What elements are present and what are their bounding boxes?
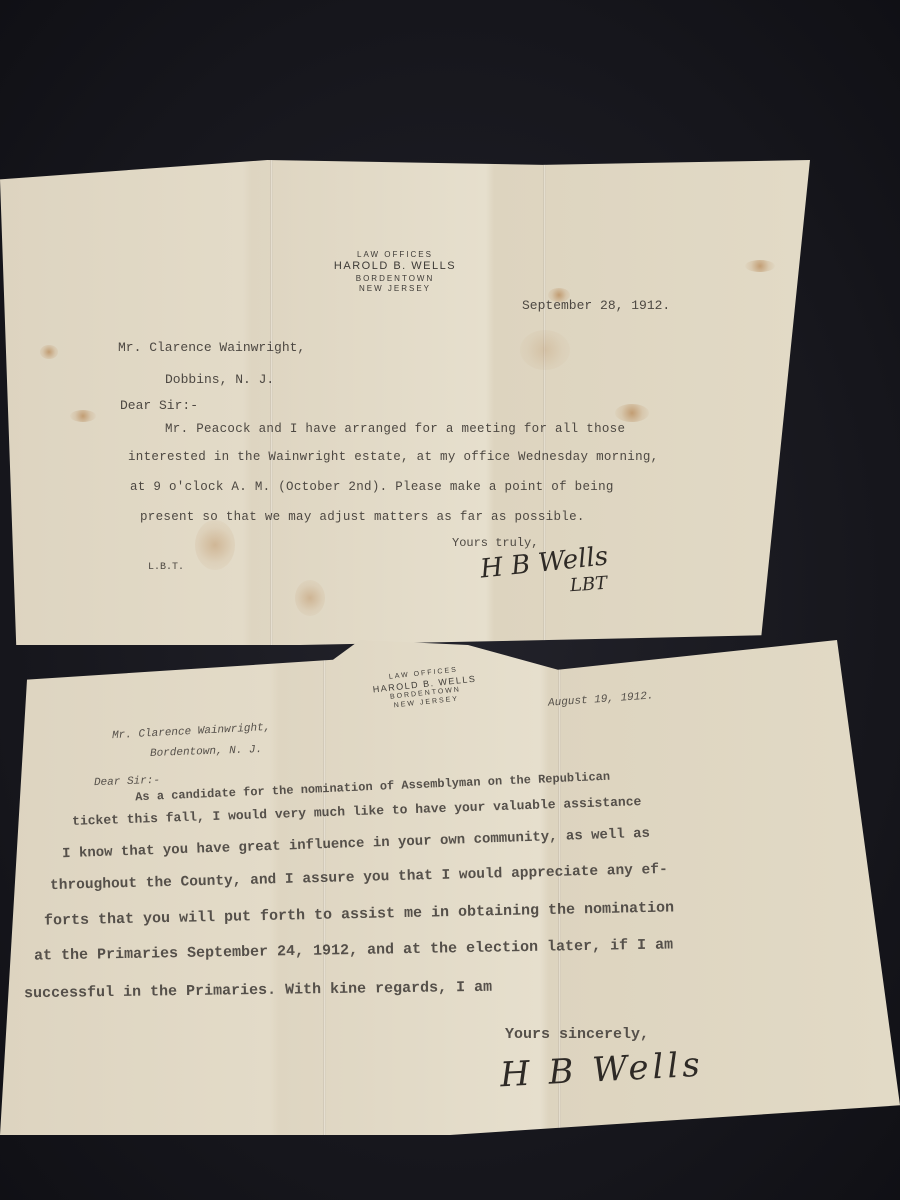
- body-line: forts that you will put forth to assist …: [44, 899, 674, 929]
- letter-date: September 28, 1912.: [522, 298, 670, 313]
- paper-fold: [270, 160, 273, 645]
- age-stain: [745, 260, 775, 272]
- body-line: successful in the Primaries. With kine r…: [24, 979, 492, 1003]
- paper-fold: [323, 640, 326, 1135]
- letterhead: LAW OFFICES HAROLD B. WELLS BORDENTOWN N…: [330, 250, 460, 294]
- letter-august: LAW OFFICES HAROLD B. WELLS BORDENTOWN N…: [0, 640, 900, 1135]
- recipient-name: Mr. Clarence Wainwright,: [112, 722, 271, 742]
- age-stain: [70, 410, 96, 422]
- letter-date: August 19, 1912.: [548, 690, 654, 709]
- letterhead: LAW OFFICES HAROLD B. WELLS BORDENTOWN N…: [363, 664, 486, 714]
- body-line: at the Primaries September 24, 1912, and…: [34, 936, 673, 964]
- letterhead-firm-name: HAROLD B. WELLS: [330, 260, 460, 274]
- closing: Yours truly,: [452, 536, 538, 550]
- body-line: at 9 o'clock A. M. (October 2nd). Please…: [130, 480, 614, 494]
- letter-september: LAW OFFICES HAROLD B. WELLS BORDENTOWN N…: [0, 160, 810, 645]
- recipient-address: Bordentown, N. J.: [150, 744, 263, 760]
- recipient-name: Mr. Clarence Wainwright,: [118, 340, 305, 355]
- letterhead-line: LAW OFFICES: [330, 250, 460, 260]
- body-line: I know that you have great influence in …: [62, 826, 650, 863]
- age-stain: [195, 520, 235, 570]
- body-line: throughout the County, and I assure you …: [50, 862, 668, 894]
- closing: Yours sincerely,: [505, 1026, 649, 1043]
- body-line: Mr. Peacock and I have arranged for a me…: [165, 422, 625, 436]
- age-stain: [520, 330, 570, 370]
- letterhead-line: BORDENTOWN: [330, 274, 460, 284]
- age-stain: [40, 345, 58, 359]
- signature-initials: LBT: [569, 573, 608, 597]
- photo-scene: LAW OFFICES HAROLD B. WELLS BORDENTOWN N…: [0, 0, 900, 1200]
- salutation: Dear Sir:-: [120, 398, 198, 413]
- salutation: Dear Sir:-: [94, 775, 160, 789]
- typist-initials: L.B.T.: [148, 562, 184, 573]
- letterhead-line: NEW JERSEY: [330, 284, 460, 294]
- age-stain: [615, 404, 649, 422]
- recipient-address: Dobbins, N. J.: [165, 372, 274, 387]
- body-line: interested in the Wainwright estate, at …: [128, 450, 658, 464]
- body-line: present so that we may adjust matters as…: [140, 510, 585, 524]
- age-stain: [295, 580, 325, 616]
- signature: H B Wells: [499, 1045, 705, 1096]
